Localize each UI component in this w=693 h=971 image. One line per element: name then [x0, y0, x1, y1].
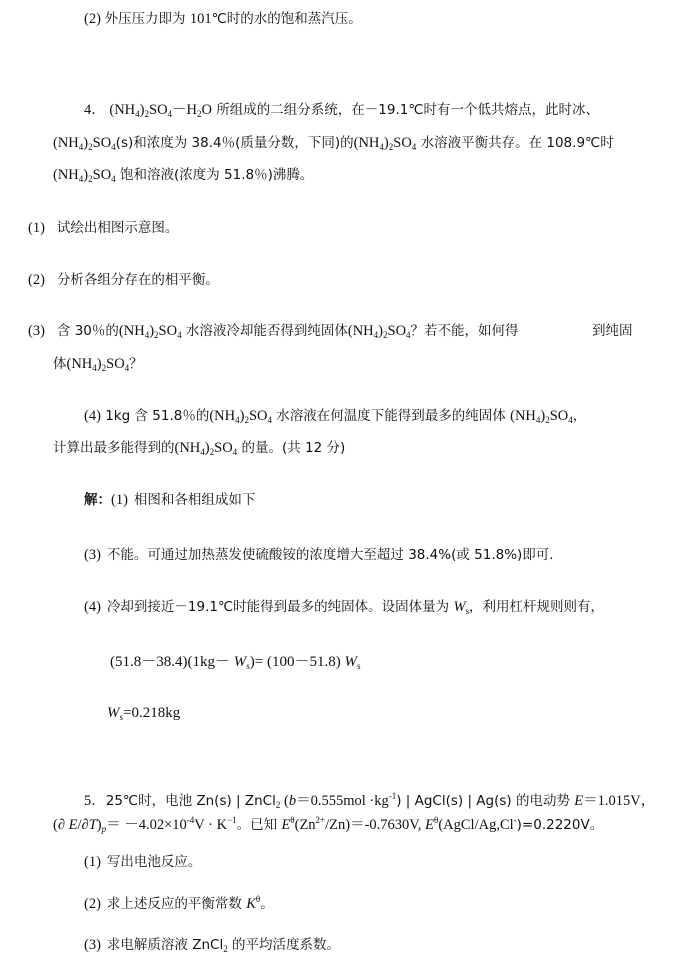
problem-4-question-1: (1)试绘出相图示意图。 — [28, 218, 178, 238]
problem-5-line-2: (∂ E/∂T)p＝ －4.02×10-4V · K−1。已知 Eθ(Zn2+/… — [53, 815, 603, 835]
formula-ammonium-sulfate: (NH4)2SO4 — [67, 356, 130, 372]
question-number: (3) — [84, 937, 101, 953]
question-number: (1) — [28, 220, 45, 236]
problem-5-line-1: 5．25℃时，电池 Zn(s) | ZnCl2 (b＝0.555mol ·kg-… — [84, 791, 655, 811]
problem-4-line-3: (NH4)2SO4 饱和溶液(浓度为 51.8％)沸腾。 — [53, 165, 313, 185]
formula-ammonium-sulfate: (NH4)2SO4 — [119, 323, 182, 339]
question-number: (4) — [84, 408, 101, 424]
formula-ammonium-sulfate: (NH4)2SO4 — [109, 102, 172, 118]
formula-ammonium-sulfate: (NH4)2SO4 — [348, 323, 411, 339]
solution-4-part-3: (3)不能。可通过加热蒸发使硫酸铵的浓度增大至超过 38.4%(或 51.8%)… — [84, 545, 554, 565]
question-number: (3) — [28, 323, 45, 339]
formula-ammonium-sulfate: (NH4)2SO4 — [209, 408, 272, 424]
problem-4-line-2: (NH4)2SO4(s)和浓度为 38.4％(质量分数，下同)的(NH4)2SO… — [53, 133, 614, 153]
problem-number: 4． — [84, 102, 106, 118]
formula-ammonium-sulfate: (NH4)2SO4 — [175, 440, 238, 456]
formula-ammonium-sulfate: (NH4)2SO4 — [53, 135, 116, 151]
problem-4-line-1: 4． (NH4)2SO4－H2O 所组成的二组分系统，在－19.1℃时有一个低共… — [84, 100, 599, 120]
problem-number: 5． — [84, 793, 106, 809]
question-number: (2) — [28, 272, 45, 288]
question-number: (2) — [84, 896, 101, 912]
problem-4-question-4: (4) 1kg 含 51.8％的(NH4)2SO4 水溶液在何温度下能得到最多的… — [84, 406, 586, 426]
problem-5-question-3: (3)求电解质溶液 ZnCl2 的平均活度系数。 — [84, 935, 340, 955]
solution-number: (3) — [84, 547, 101, 563]
prev-item-2: (2) 外压压力即为 101℃时的水的饱和蒸汽压。 — [84, 9, 362, 29]
formula-ammonium-sulfate: (NH4)2SO4 — [354, 135, 417, 151]
problem-5-question-1: (1)写出电池反应。 — [84, 852, 201, 872]
problem-4-question-3-tail: 到纯固 — [592, 321, 633, 341]
solution-4-part-4: (4)冷却到接近－19.1℃时能得到最多的纯固体。设固体量为 Ws，利用杠杆规则… — [84, 597, 604, 617]
formula-ammonium-sulfate: (NH4)2SO4 — [53, 167, 116, 183]
problem-4-question-4-line-2: 计算出最多能得到的(NH4)2SO4 的量。(共 12 分) — [53, 438, 345, 458]
problem-4-question-3-line-2: 体(NH4)2SO4？ — [53, 354, 143, 374]
solution-label: 解： — [84, 492, 111, 508]
problem-4-question-2: (2)分析各组分存在的相平衡。 — [28, 270, 219, 290]
formula-ammonium-sulfate: (NH4)2SO4 — [510, 408, 573, 424]
solution-number: (4) — [84, 599, 101, 615]
lever-rule-equation: (51.8－38.4)(1kg－ Ws)= (100－51.8) Ws — [110, 652, 360, 672]
item-number: (2) — [84, 11, 101, 27]
solution-4-part-1: 解：(1)相图和各相组成如下 — [84, 490, 255, 510]
solid-mass-result: Ws=0.218kg — [107, 703, 180, 723]
problem-4-question-3: (3)含 30％的(NH4)2SO4 水溶液冷却能否得到纯固体(NH4)2SO4… — [28, 321, 519, 341]
problem-5-question-2: (2)求上述反应的平衡常数 Kθ。 — [84, 894, 274, 914]
solution-number: (1) — [111, 492, 128, 508]
question-number: (1) — [84, 854, 101, 870]
